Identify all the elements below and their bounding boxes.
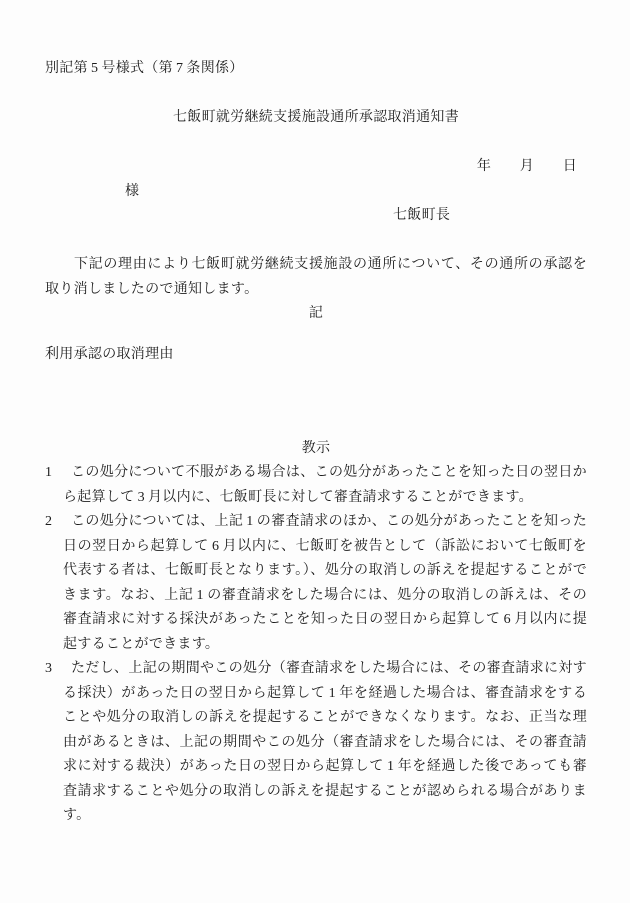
instruction-item-1: 1この処分について不服がある場合は、この処分があったことを知った日の翌日から起算… — [45, 461, 587, 510]
spacer — [45, 327, 587, 344]
document-page: 別記第 5 号様式（第 7 条関係） 七飯町就労継続支援施設通所承認取消通知書 … — [0, 0, 630, 903]
form-number: 別記第 5 号様式（第 7 条関係） — [45, 57, 587, 82]
instruction-item-2: 2この処分については、上記 1 の審査請求のほか、この処分があったことを知った日… — [45, 510, 587, 657]
date-line: 年 月 日 — [45, 155, 587, 180]
item-3-text: ただし、上記の期間やこの処分（審査請求をした場合には、その審査請求に対する採決）… — [63, 661, 587, 823]
spacer-line — [45, 229, 587, 254]
item-1-text: この処分について不服がある場合は、この処分があったことを知った日の翌日から起算し… — [63, 465, 587, 505]
item-2-text: この処分については、上記 1 の審査請求のほか、この処分があったことを知った日の… — [63, 514, 587, 652]
spacer-line — [45, 82, 587, 107]
spacer-line — [45, 131, 587, 156]
addressee-line: 様 — [45, 180, 587, 205]
document-title: 七飯町就労継続支援施設通所承認取消通知書 — [45, 106, 587, 131]
instructions-heading: 教示 — [45, 437, 587, 462]
sender-line: 七飯町長 — [45, 204, 587, 229]
item-1-number: 1 — [45, 461, 71, 486]
spacer-line — [45, 412, 587, 437]
spacer — [45, 368, 587, 413]
reason-heading: 利用承認の取消理由 — [45, 343, 587, 368]
record-marker: 記 — [45, 302, 587, 327]
item-3-number: 3 — [45, 657, 71, 682]
body-paragraph: 下記の理由により七飯町就労継続支援施設の通所について、その通所の承認を取り消しま… — [45, 253, 587, 302]
item-2-number: 2 — [45, 510, 71, 535]
instruction-item-3: 3ただし、上記の期間やこの処分（審査請求をした場合には、その審査請求に対する採決… — [45, 657, 587, 829]
